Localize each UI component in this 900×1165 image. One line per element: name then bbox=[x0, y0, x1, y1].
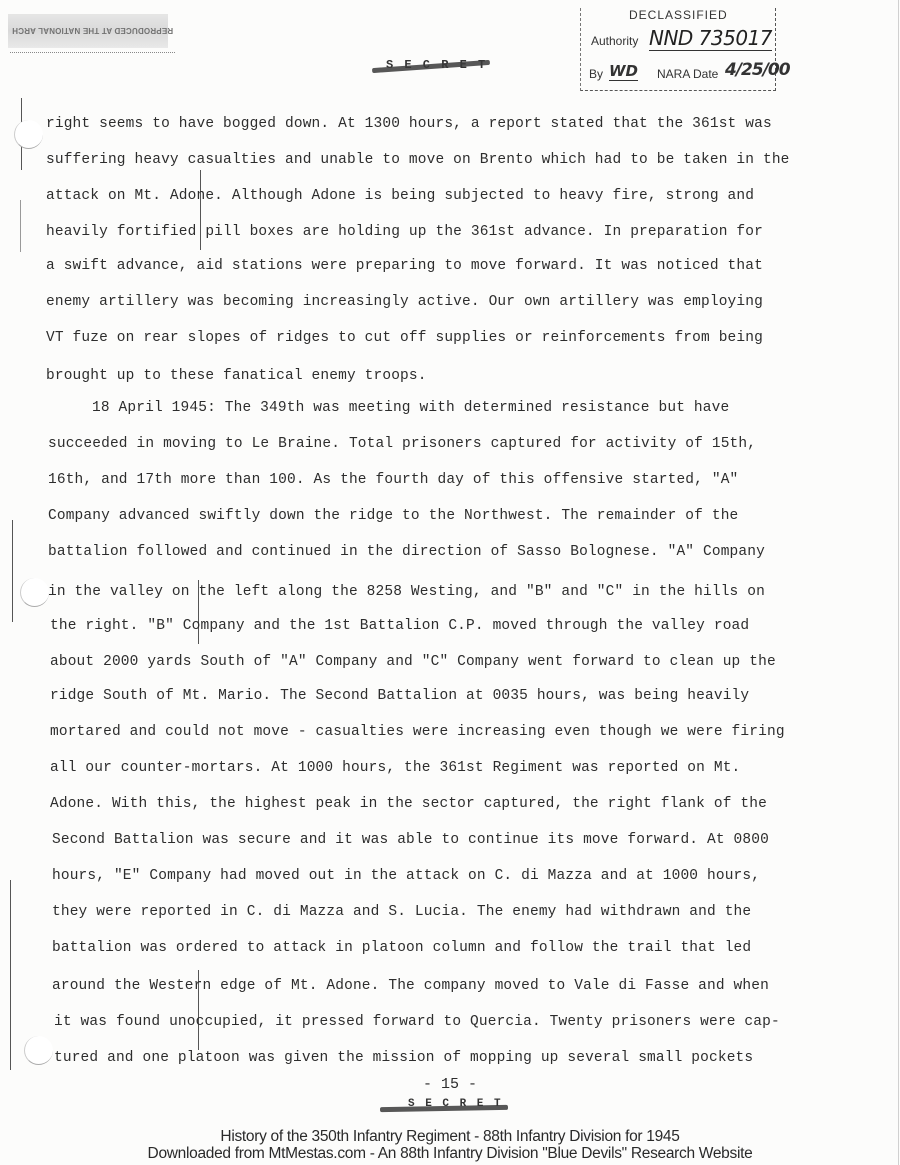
reproduction-stamp-text: REPRODUCED AT THE NATIONAL ARCH bbox=[12, 26, 173, 35]
paragraph-start-line: 18 April 1945: The 349th was meeting wit… bbox=[92, 400, 729, 416]
footer-source-title: History of the 350th Infantry Regiment -… bbox=[0, 1128, 900, 1146]
text-line: tured and one platoon was given the miss… bbox=[54, 1050, 753, 1066]
text-line: all our counter-mortars. At 1000 hours, … bbox=[50, 760, 740, 776]
punch-hole bbox=[24, 1036, 53, 1065]
text-line: in the valley on the left along the 8258… bbox=[48, 584, 765, 600]
declassified-stamp: DECLASSIFIED Authority NND 735017 By WD … bbox=[580, 8, 776, 91]
text-line: they were reported in C. di Mazza and S.… bbox=[52, 904, 751, 920]
authority-label: Authority bbox=[591, 34, 638, 48]
text-line: Company advanced swiftly down the ridge … bbox=[48, 508, 738, 524]
punch-hole bbox=[20, 578, 49, 607]
declassified-title: DECLASSIFIED bbox=[629, 8, 728, 22]
text-line: enemy artillery was becoming increasingl… bbox=[46, 294, 763, 310]
authority-value: NND 735017 bbox=[649, 26, 772, 51]
text-line: succeeded in moving to Le Braine. Total … bbox=[48, 436, 756, 452]
margin-line-dotted bbox=[20, 200, 21, 252]
by-label: By bbox=[589, 67, 603, 81]
text-line: brought up to these fanatical enemy troo… bbox=[46, 368, 427, 384]
text-line: mortared and could not move - casualties… bbox=[50, 724, 785, 740]
margin-line bbox=[12, 520, 13, 622]
text-line: about 2000 yards South of "A" Company an… bbox=[50, 654, 776, 670]
text-line: the right. "B" Company and the 1st Batta… bbox=[50, 618, 749, 634]
nara-date-value: 4/25/00 bbox=[725, 60, 790, 80]
by-value: WD bbox=[609, 62, 638, 81]
text-line: 16th, and 17th more than 100. As the fou… bbox=[48, 472, 738, 488]
text-line: right seems to have bogged down. At 1300… bbox=[46, 116, 772, 132]
classification-strikethrough-bottom bbox=[380, 1105, 508, 1112]
text-line: battalion was ordered to attack in plato… bbox=[52, 940, 751, 956]
nara-date-label: NARA Date bbox=[657, 67, 718, 81]
classification-stamp-top: S E C R E T bbox=[372, 58, 492, 78]
text-line: suffering heavy casualties and unable to… bbox=[46, 152, 790, 168]
text-line: hours, "E" Company had moved out in the … bbox=[52, 868, 760, 884]
footer-download-credit: Downloaded from MtMestas.com - An 88th I… bbox=[0, 1145, 900, 1163]
reproduction-stamp: REPRODUCED AT THE NATIONAL ARCH bbox=[8, 14, 168, 48]
text-line: battalion followed and continued in the … bbox=[48, 544, 765, 560]
reproduction-stamp-underline bbox=[10, 52, 175, 54]
page-edge bbox=[898, 0, 899, 1165]
classification-stamp-bottom: S E C R E T bbox=[380, 1100, 510, 1120]
text-line: a swift advance, aid stations were prepa… bbox=[46, 258, 763, 274]
punch-hole bbox=[14, 120, 43, 149]
text-line: attack on Mt. Adone. Although Adone is b… bbox=[46, 188, 754, 204]
text-line: Adone. With this, the highest peak in th… bbox=[50, 796, 767, 812]
text-line: ridge South of Mt. Mario. The Second Bat… bbox=[50, 688, 749, 704]
text-line: heavily fortified pill boxes are holding… bbox=[46, 224, 763, 240]
text-line: VT fuze on rear slopes of ridges to cut … bbox=[46, 330, 763, 346]
text-line: around the Western edge of Mt. Adone. Th… bbox=[52, 978, 769, 994]
page-number: - 15 - bbox=[423, 1076, 477, 1093]
text-line: Second Battalion was secure and it was a… bbox=[52, 832, 769, 848]
text-line: it was found unoccupied, it pressed forw… bbox=[54, 1014, 780, 1030]
margin-line bbox=[10, 880, 11, 1070]
